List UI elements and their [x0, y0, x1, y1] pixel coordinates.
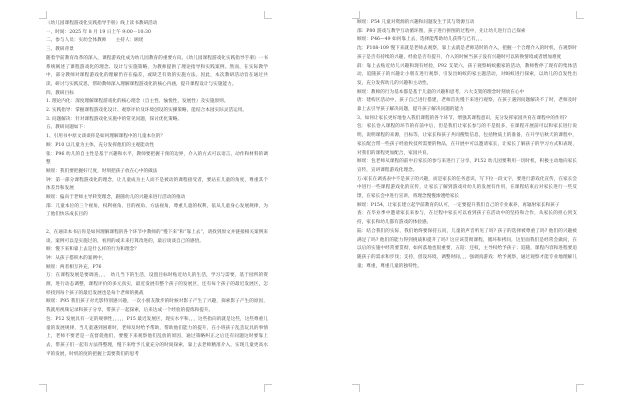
- crop-mark-bottom-left: [39, 384, 47, 392]
- answer-paragraph: 张：P96 幼儿的自主性是基于兴趣和水平，教师要把握干预的边界，介入的方式可以语…: [46, 151, 268, 168]
- section-heading-goals: 四、教研目标: [46, 90, 268, 99]
- answer-paragraph: 顾瑶：我们要把握好尺度，时刻把孩子放在心中的做法: [46, 168, 268, 177]
- answer-paragraph: 万:家长在调查表中不是孩子的兴趣，而是家长的任务意识，写下拉一段文字，要进行游戏…: [357, 176, 577, 202]
- crop-mark-top-left: [39, 11, 47, 19]
- blank-line: [46, 220, 268, 229]
- answer-paragraph: 顾瑶：两者相互补充，P76: [46, 264, 268, 273]
- document-title: 《幼儿园课程游戏化实践指导手册》线上读书教研活动: [46, 20, 268, 29]
- answer-paragraph: 钟：从孩子搭积木的案例中，: [46, 255, 268, 264]
- question-3: 3、如何让家长更好地卷入我们课程的各个环节，增强其课程意识，充分发挥家园共育在课…: [357, 115, 577, 124]
- left-page-body: 《幼儿园课程游戏化实践指导手册》线上读书教研活动 一、时间：2025 年 8 月…: [46, 20, 268, 359]
- crop-mark-top-right: [264, 11, 272, 19]
- answer-paragraph: 顾瑶：P95 我们孩子对光影特别感兴趣，一次小朋友散步的时候对影子产生了兴趣，探…: [46, 298, 268, 315]
- answer-paragraph: 包：家长卷入课程的环节的有前中后，但是我们让家长参与的不是很多，在课程开展前可以…: [357, 123, 577, 158]
- document-page-right: 顾瑶：P54 儿童对资源的兴趣和问题发生于其与资源互动 邵：P80 游戏与教学互…: [310, 0, 620, 400]
- document-page-left: 《幼儿园课程游戏化实践指导手册》线上读书教研活动 一、时间：2025 年 8 月…: [0, 0, 310, 400]
- crop-mark-top-right: [576, 11, 584, 19]
- answer-paragraph: 万：在课程发展是要调查，，， 幼儿当下的生活，设置目标时贴近幼儿的生活，学习与需…: [46, 272, 268, 298]
- section-heading-background: 三、教研背景: [46, 46, 268, 55]
- crop-mark-bottom-left: [352, 384, 360, 392]
- answer-paragraph: 顾瑶：P154，让家长建立起学前教育的认可，一定要提升我们自己的专业素养，再辐射…: [357, 202, 577, 211]
- meta-time: 一、时间：2025 年 8 月 19 日上午 9:00－10:30: [46, 29, 268, 38]
- section-heading-questions: 五、教研问题如下：: [46, 124, 268, 133]
- answer-paragraph: 顾瑶：偏向于老师主导转变理念，跟随幼儿的兴趣来进行活动的推动: [46, 194, 268, 203]
- answer-paragraph: 顾瑶：P54 儿童对资源的兴趣和问题发生于其与资源互动: [357, 19, 577, 28]
- answer-paragraph: 唐：建构区活动中，孩子自己进行搭建，老师首先慢下来进行观察，在孩子遇到问题解决不…: [357, 97, 577, 114]
- answer-paragraph: 顾瑶：教师的行为基本都是基于儿童的兴趣和思考，六大支架的理念时刻放在心中: [357, 89, 577, 98]
- answer-paragraph: 顾瑶：包老师从课程的前中后家长的参与来进行了分享，P152 幼儿园要利用一切时机…: [357, 158, 577, 175]
- answer-paragraph: 顾瑶：P46—49 如何靠上去，选择能帮助幼儿获得与已有，，，: [357, 36, 577, 45]
- answer-paragraph: 陆：结合我们的实际，我们始终要保持五问，儿童的声音听见了吗? 孩子的选择被尊重了…: [357, 228, 577, 272]
- background-paragraph: 随着学前教育改革的深入，课程游戏化成为幼儿园教育的重要方向。《幼儿园课程游戏化实…: [46, 55, 268, 90]
- answer-paragraph: 邵：儿童本位的三个视角，权利视角、目的视角、方法视角，尊重儿童的权利，依从儿童身…: [46, 203, 268, 220]
- crop-mark-bottom-right: [576, 384, 584, 392]
- answer-paragraph: 邵：P80 游戏与教学互动循环图，孩子进行拼图的过程中，先让幼儿进行自己探索: [357, 28, 577, 37]
- answer-paragraph: 沈：P108-109 慢下来就是老师去观察，靠上去就是老师适时的介入，把握一个合…: [357, 45, 577, 62]
- answer-paragraph: 包：P12 发展具有一定的规律性，，，，，P15 最近发展区，现实水平和，，，这…: [46, 316, 268, 360]
- goal-item-3: 3. 问题解决：针对课程游戏化实施中的常见问题，探讨优化策略。: [46, 116, 268, 125]
- question-2: 2、在通读本书后你是如何理解课程的各个环节中教师的“慢下来”和“靠上去”，请找到…: [46, 229, 268, 246]
- right-page-body: 顾瑶：P54 儿童对资源的兴趣和问题发生于其与资源互动 邵：P80 游戏与教学互…: [357, 19, 577, 271]
- goal-item-1: 1. 理论内化：深度理解课程游戏化的核心理念（自主性、愉悦性、发展性）及实施原则…: [46, 98, 268, 107]
- question-1: 1、引用书中原文谈谈你是如何理解课程中的儿童本位的？: [46, 133, 268, 142]
- crop-mark-bottom-right: [264, 384, 272, 392]
- answer-paragraph: 薛：靠上去贴近幼儿兴趣和现有经验，P92 支架六，孩子观察蚂蚁搬家的活动，教师暂…: [357, 63, 577, 89]
- crop-mark-top-left: [352, 11, 360, 19]
- goal-item-2: 2. 实践指导：掌握课程游戏化设计、观察评价及环境创设的实操策略，能结合本园实际…: [46, 107, 268, 116]
- answer-paragraph: 查：在毕业季中邀请家长来参与，在过程中家长可以看到孩子在活动中的坚持和合作，从家…: [357, 210, 577, 227]
- answer-paragraph: 钟：第一部分课程游戏化的理念，让儿童成为主人而不是被动的课程接受者，要站在儿童的…: [46, 177, 268, 194]
- answer-paragraph: 顾：慢下来和靠上去是什么样的行为和理念？: [46, 246, 268, 255]
- meta-participants: 二、参与人员：实幼全体教师 主持人：顾瑶: [46, 37, 268, 46]
- answer-paragraph: 顾：P10 以儿童为主体，充分发挥他们的主观能动性: [46, 142, 268, 151]
